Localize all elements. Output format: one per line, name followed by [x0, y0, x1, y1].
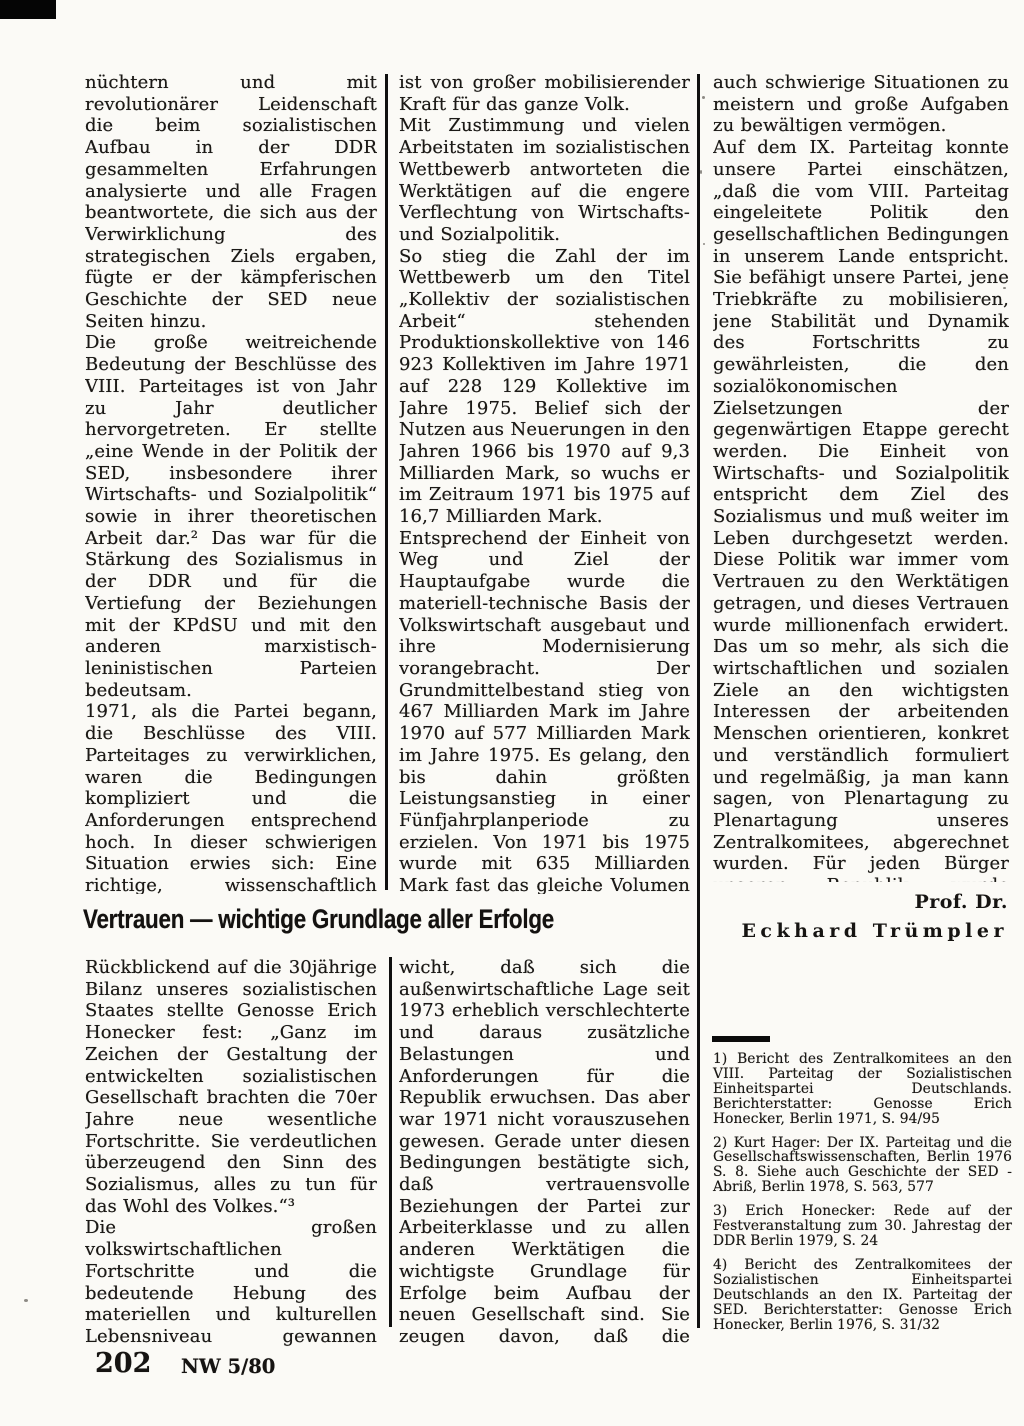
paragraph: Entsprechend der Einheit von Weg und Zie…: [399, 528, 690, 894]
footnote-separator-rule: [712, 1036, 770, 1042]
column-rule-left-bottom: [389, 957, 392, 1327]
scan-speck: [702, 96, 705, 99]
scan-corner-mark: [0, 0, 56, 19]
scan-speck: [703, 243, 705, 245]
paragraph: So stieg die Zahl der im Wettbewerb um d…: [399, 246, 690, 528]
article-column-1-top: nüchtern und mit revolutionärer Leidensc…: [85, 72, 377, 894]
paragraph: Die große weitreichende Bedeutung der Be…: [85, 332, 377, 701]
column-rule-right: [697, 74, 700, 1328]
column-rule-left-top: [385, 74, 388, 890]
scan-speck: [700, 170, 702, 174]
signature-title: Prof. Dr.: [708, 891, 1008, 913]
article-column-1-bottom: Rückblickend auf die 30jährige Bilanz un…: [85, 957, 377, 1349]
paragraph: Auf dem IX. Parteitag konnte unsere Part…: [713, 137, 1009, 882]
paragraph: wicht, daß sich die außenwirtschaftliche…: [399, 957, 690, 1349]
paragraph: 1971, als die Partei begann, die Beschlü…: [85, 701, 377, 894]
page-number: 202: [95, 1348, 151, 1379]
section-heading: Vertrauen — wichtige Grundlage aller Erf…: [83, 904, 598, 935]
article-column-3-top: auch schwierige Situationen zu meistern …: [713, 72, 1009, 882]
scan-speck: [24, 1299, 28, 1302]
paragraph: Rückblickend auf die 30jährige Bilanz un…: [85, 957, 377, 1217]
article-column-2-bottom: wicht, daß sich die außenwirtschaftliche…: [399, 957, 690, 1349]
paragraph: ist von großer mobilisierender Kraft für…: [399, 72, 690, 115]
issue-label: NW 5/80: [181, 1355, 275, 1378]
magazine-page: nüchtern und mit revolutionärer Leidensc…: [0, 0, 1024, 1426]
footnote-4: 4) Bericht des Zentralkomitees der Sozia…: [713, 1258, 1012, 1333]
footnote-2: 2) Kurt Hager: Der IX. Parteitag und die…: [713, 1136, 1012, 1196]
author-signature: Prof. Dr. Eckhard Trümpler: [708, 891, 1008, 942]
paragraph: nüchtern und mit revolutionärer Leidensc…: [85, 72, 377, 332]
article-column-2-top: ist von großer mobilisierender Kraft für…: [399, 72, 690, 894]
footnote-1: 1) Bericht des Zentralkomitees an den VI…: [713, 1052, 1012, 1127]
paragraph: Die großen volkswirtschaftlichen Fortsch…: [85, 1217, 377, 1349]
signature-name: Eckhard Trümpler: [708, 920, 1008, 942]
footnote-3: 3) Erich Honecker: Rede auf der Festvera…: [713, 1204, 1012, 1249]
paragraph: Mit Zustimmung und vielen Arbeitstaten i…: [399, 115, 690, 245]
paragraph: auch schwierige Situationen zu meistern …: [713, 72, 1009, 137]
footnotes-block: 1) Bericht des Zentralkomitees an den VI…: [713, 1052, 1012, 1341]
